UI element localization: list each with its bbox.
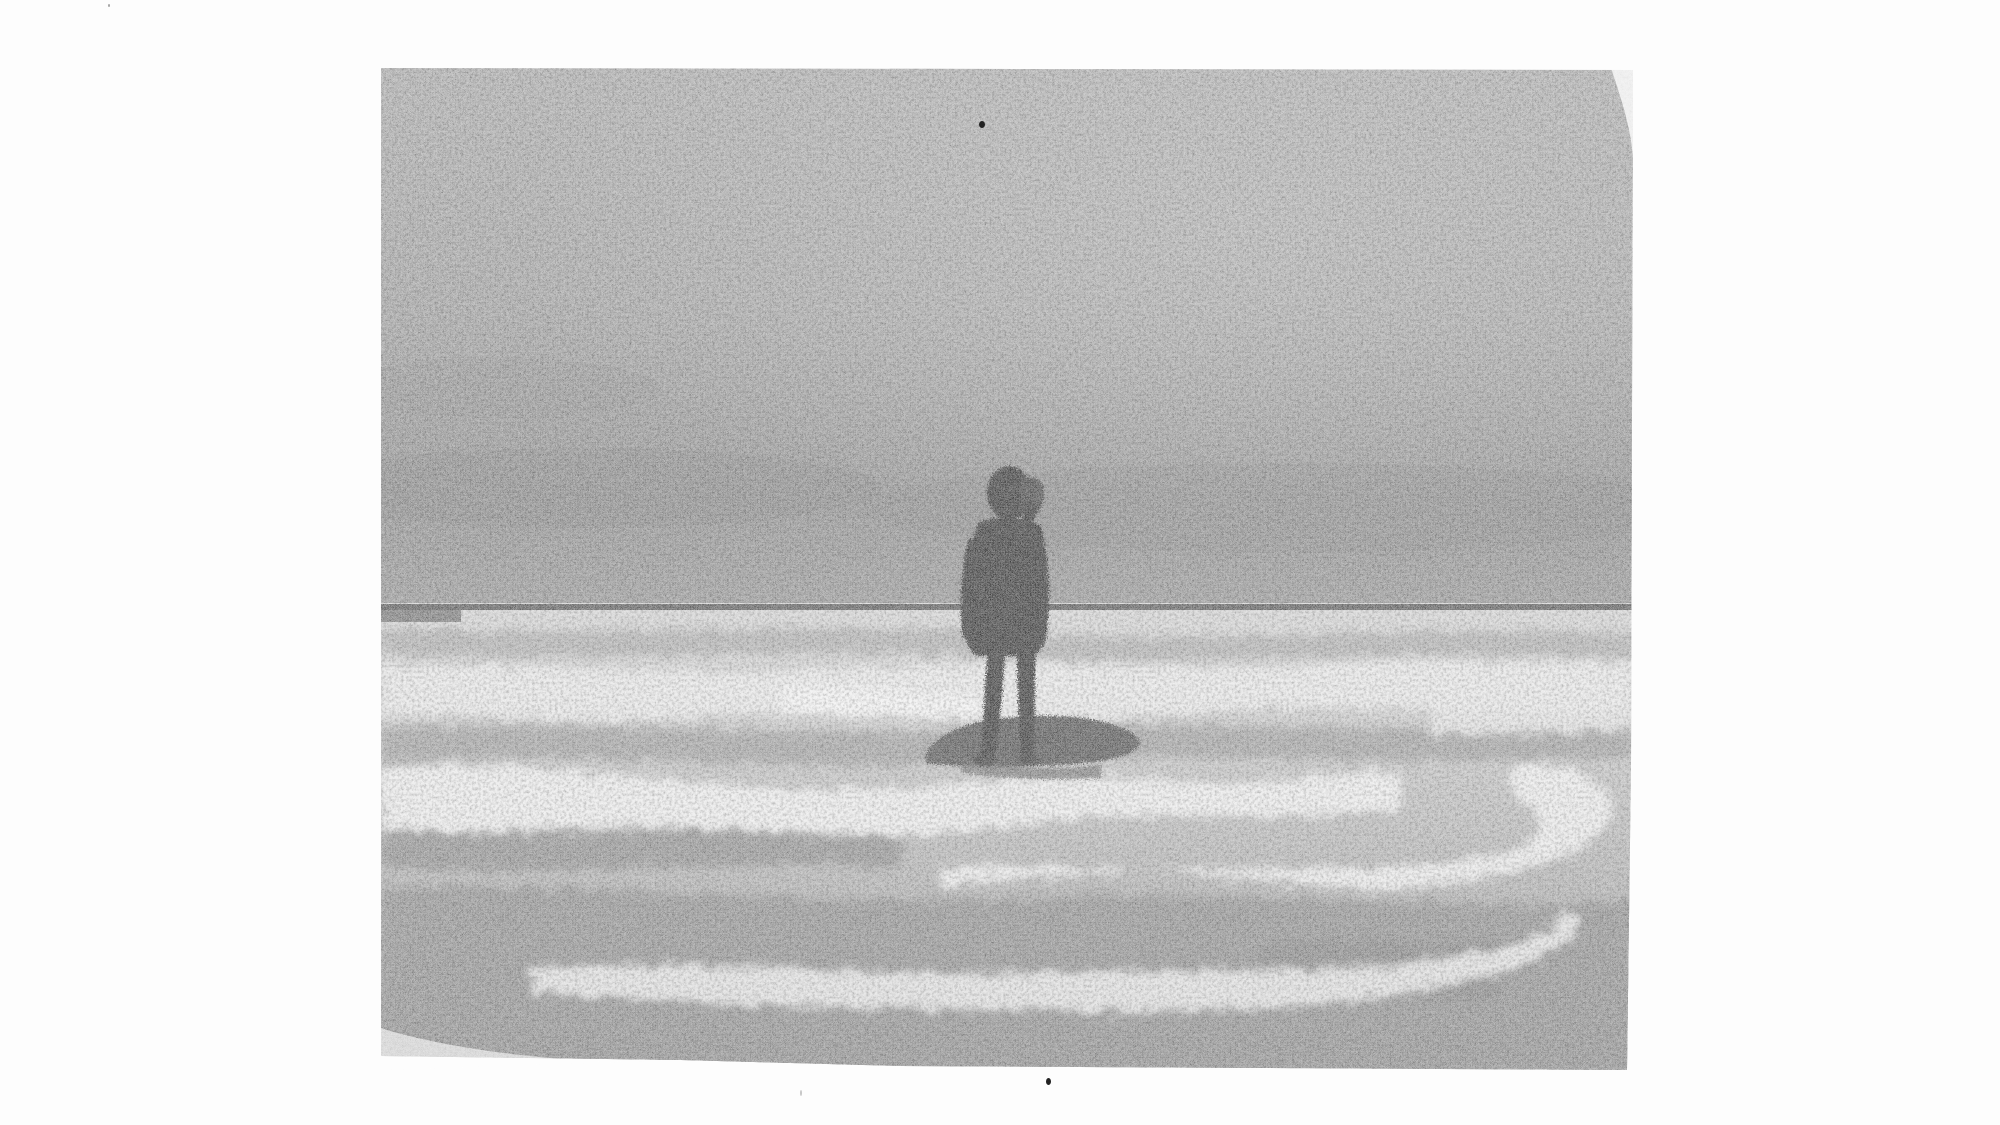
speck [108, 4, 110, 7]
page [0, 0, 2000, 1125]
speck [800, 1090, 802, 1096]
speck [979, 121, 985, 128]
speck [1046, 1078, 1051, 1085]
photograph [381, 68, 1633, 1070]
beach-scene [381, 68, 1633, 1070]
